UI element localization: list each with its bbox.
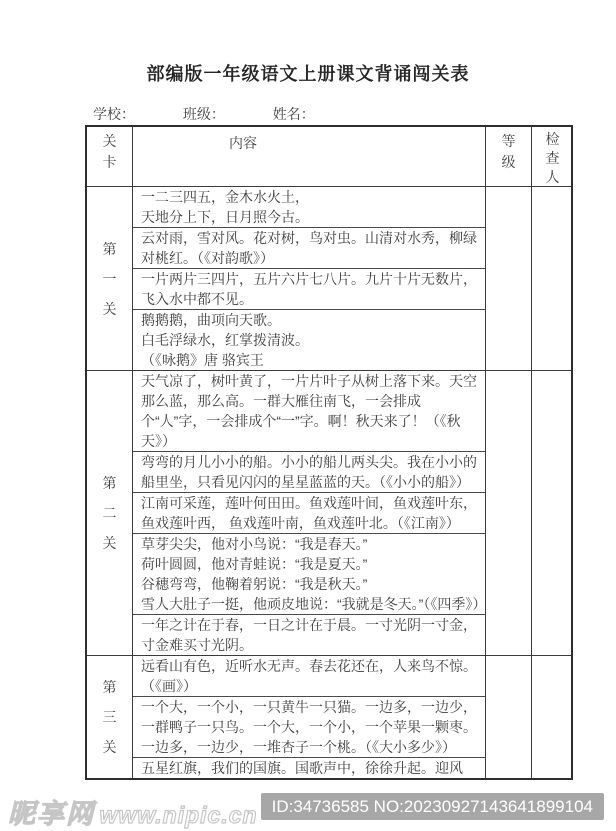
school-label: 学校： <box>93 104 135 124</box>
section-3-content-cell: 远看山有色，近听水无声。春去花还在，人来鸟不惊。（《画》） 一个大，一个小，一只… <box>133 656 486 778</box>
class-label: 班级： <box>183 104 225 124</box>
table-row: 云对雨，雪对风。花对树，鸟对虫。山清对水秀，柳绿对桃红。（《对韵歌》） <box>133 228 485 269</box>
table-section-3: 第三关 远看山有色，近听水无声。春去花还在，人来鸟不惊。（《画》） 一个大，一个… <box>87 656 571 778</box>
section-3-label-cell: 第三关 <box>87 656 133 778</box>
info-line: 学校： 班级： 姓名： <box>93 104 359 124</box>
nipic-watermark: 昵享网 www.nipic.cn <box>8 792 258 831</box>
section-2-checker-cell <box>532 371 573 655</box>
recitation-table: 关卡 内容 等级 检查人 第一关 一二三四五，金木水火土， 天地分上下，日月照今… <box>85 125 573 780</box>
checkpoint-header-label: 关卡 <box>102 131 117 173</box>
section-2-grade-cell <box>486 371 532 655</box>
watermark-site-name: 昵享网 <box>8 799 95 829</box>
section-1-label-cell: 第一关 <box>87 187 133 370</box>
watermark-url: www.nipic.cn <box>99 802 257 828</box>
image-id-badge: ID:34736585 NO:20230927143641899104 <box>261 793 604 820</box>
header-cell-grade: 等级 <box>486 127 532 186</box>
section-1-content-cell: 一二三四五，金木水火土， 天地分上下，日月照今古。 云对雨，雪对风。花对树，鸟对… <box>133 187 486 370</box>
header-cell-content: 内容 <box>133 127 486 186</box>
table-row: 江南可采莲，莲叶何田田。鱼戏莲叶间，鱼戏莲叶东，鱼戏莲叶西， 鱼戏莲叶南，鱼戏莲… <box>133 493 485 534</box>
section-3-grade-cell <box>486 656 532 778</box>
header-cell-checker: 检查人 <box>532 127 573 186</box>
page-title: 部编版一年级语文上册课文背诵闯关表 <box>0 60 616 86</box>
table-row: 一二三四五，金木水火土， 天地分上下，日月照今古。 <box>133 187 485 228</box>
table-row: 草芽尖尖，他对小鸟说：“我是春天。” 荷叶圆圆，他对青蛙说：“我是夏天。” 谷穗… <box>133 534 485 615</box>
section-2-content-cell: 天气凉了，树叶黄了，一片片叶子从树上落下来。天空那么蓝，那么高。一群大雁往南飞，… <box>133 371 486 655</box>
document-page: 部编版一年级语文上册课文背诵闯关表 学校： 班级： 姓名： 关卡 内容 等级 检… <box>0 0 616 831</box>
section-2-label: 第二关 <box>102 468 117 558</box>
section-1-checker-cell <box>532 187 573 370</box>
name-label: 姓名： <box>273 104 315 124</box>
content-header-label: 内容 <box>133 127 485 153</box>
section-3-checker-cell <box>532 656 573 778</box>
table-header-row: 关卡 内容 等级 检查人 <box>87 127 571 187</box>
section-3-label: 第三关 <box>102 672 117 762</box>
checker-header-label: 检查人 <box>545 130 560 187</box>
table-row: 五星红旗，我们的国旗。国歌声中，徐徐升起。迎风 <box>133 758 485 778</box>
table-row: 一个大，一个小，一只黄牛一只猫。一边多，一边少，一群鸭子一只鸟。一个大，一个小，… <box>133 697 485 758</box>
section-1-grade-cell <box>486 187 532 370</box>
table-row: 一年之计在于春，一日之计在于晨。一寸光阴一寸金，寸金难买寸光阴。 <box>133 615 485 655</box>
grade-header-label: 等级 <box>501 131 516 173</box>
section-1-label: 第一关 <box>102 234 117 324</box>
table-section-1: 第一关 一二三四五，金木水火土， 天地分上下，日月照今古。 云对雨，雪对风。花对… <box>87 187 571 371</box>
table-row: 远看山有色，近听水无声。春去花还在，人来鸟不惊。（《画》） <box>133 656 485 697</box>
table-row: 弯弯的月儿小小的船。小小的船儿两头尖。我在小小的船里坐，只看见闪闪的星星蓝蓝的天… <box>133 452 485 493</box>
table-row: 鹅鹅鹅，曲项向天歌。 白毛浮绿水，红掌拨清波。 （《咏鹅》唐 骆宾王 <box>133 310 485 370</box>
section-2-label-cell: 第二关 <box>87 371 133 655</box>
table-section-2: 第二关 天气凉了，树叶黄了，一片片叶子从树上落下来。天空那么蓝，那么高。一群大雁… <box>87 371 571 656</box>
table-row: 天气凉了，树叶黄了，一片片叶子从树上落下来。天空那么蓝，那么高。一群大雁往南飞，… <box>133 371 485 452</box>
table-row: 一片两片三四片，五片六片七八片。九片十片无数片，飞入水中都不见。 <box>133 269 485 310</box>
header-cell-checkpoint: 关卡 <box>87 127 133 186</box>
